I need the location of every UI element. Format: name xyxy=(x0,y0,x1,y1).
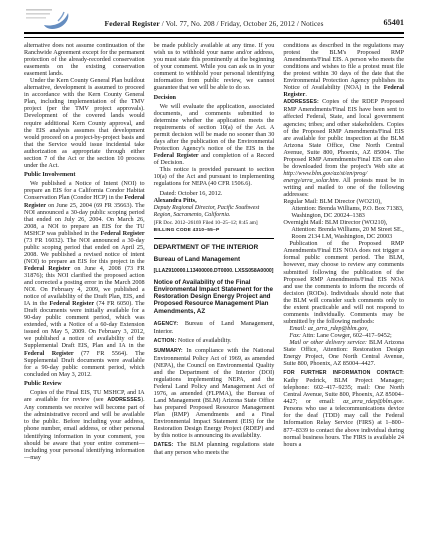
fax-label: Fax: xyxy=(289,332,301,339)
page-number: 65401 xyxy=(384,18,404,27)
column-2: be made publicly available at any time. … xyxy=(154,42,275,550)
addresses-label: ADDRESSES: xyxy=(283,99,319,105)
journal-title: Federal Register xyxy=(105,19,160,28)
text-run: . xyxy=(305,91,307,98)
dated-line: Dated: October 16, 2012. xyxy=(154,190,275,197)
contact-email: az_arra_rdep@blm.gov xyxy=(343,398,402,405)
email-label: Email: xyxy=(289,325,306,332)
addresses-paragraph: ADDRESSES: Copies of the RDEP Proposed R… xyxy=(283,98,404,198)
issue-meta: / Vol. 77, No. 208 / Friday, October 26,… xyxy=(160,20,324,28)
continued-paragraph: be made publicly available at any time. … xyxy=(154,42,275,91)
mail-method-line: Mail or other delivery service: BLM Ariz… xyxy=(283,339,404,367)
page-header: Federal Register / Vol. 77, No. 208 / Fr… xyxy=(24,19,404,31)
fr-doc-line: [FR Doc. 2012–26169 Filed 10–25–12; 8:45… xyxy=(154,220,275,227)
continued-paragraph: conditions as described in the regulatio… xyxy=(283,42,404,98)
text-run: We will evaluate the application, associ… xyxy=(154,103,275,152)
paragraph: We will evaluate the application, associ… xyxy=(154,103,275,166)
federal-register-ref: Federal Register xyxy=(24,265,70,272)
paragraph: Copies of the Final EIS, TU MSHCP, and I… xyxy=(24,389,145,460)
billing-code: BILLING CODE 4310–55–P xyxy=(154,227,275,234)
federal-register-ref: Federal Register xyxy=(154,152,199,159)
overnight-mail-address: Overnight Mail: BLM Director (WO210), At… xyxy=(283,219,404,240)
summary-label: SUMMARY: xyxy=(154,348,183,354)
fax-value: Attn: Lane Cowger, 602–417–9452; xyxy=(301,332,392,339)
column-1: alternative does not assume continuation… xyxy=(24,42,145,550)
decision-heading: Decision xyxy=(154,94,275,101)
dates-label: DATES: xyxy=(154,442,174,448)
summary-value: In compliance with the National Environm… xyxy=(154,347,275,440)
section-divider xyxy=(154,238,275,239)
summary-paragraph: SUMMARY: In compliance with the National… xyxy=(154,347,275,440)
email-method-line: Email: az_arra_rdep@blm.gov, xyxy=(283,325,404,332)
federal-register-ref: Federal Register xyxy=(100,230,144,237)
docket-number: [LLAZ910000.L13400000.DT0000. LXSS058A00… xyxy=(154,268,275,274)
bureau-heading: Bureau of Land Management xyxy=(154,256,275,263)
further-info-label: FOR FURTHER INFORMATION CONTACT: xyxy=(283,370,404,376)
action-label: ACTION: xyxy=(154,338,177,344)
column-3: conditions as described in the regulatio… xyxy=(283,42,404,550)
paragraph: We published a Notice of Intent (NOI) to… xyxy=(24,180,145,377)
regular-mail-address: Regular Mail: BLM Director (WO210), Atte… xyxy=(283,198,404,219)
paragraph: Publication of the Proposed RMP Amendmen… xyxy=(283,240,404,325)
federal-register-ref: Federal Register xyxy=(24,350,74,357)
federal-register-page: Federal Register / Vol. 77, No. 208 / Fr… xyxy=(0,0,428,554)
action-line: ACTION: Notice of availability. xyxy=(154,337,275,345)
text-run: Copies of the RDEP Proposed RMP Amendmen… xyxy=(283,98,404,169)
content-columns: alternative does not assume continuation… xyxy=(24,42,404,550)
federal-register-ref: Federal Register xyxy=(50,300,95,307)
continued-paragraph: alternative does not assume continuation… xyxy=(24,42,145,77)
paragraph: Under the Kern County General Plan build… xyxy=(24,77,145,169)
dates-paragraph: DATES: The BLM planning regulations stat… xyxy=(154,441,275,456)
fax-method-line: Fax: Attn: Lane Cowger, 602–417–9452; xyxy=(283,332,404,339)
signer-name: Alexandra Pitts, xyxy=(154,197,275,204)
text-run: (74 FR 6050). The Draft documents were i… xyxy=(24,300,145,349)
mail-delivery-label: Mail or other delivery service: xyxy=(289,339,367,346)
header-rule xyxy=(24,32,404,38)
further-info-paragraph: FOR FURTHER INFORMATION CONTACT: Kathy P… xyxy=(283,369,404,448)
agency-line: AGENCY: Bureau of Land Management, Inter… xyxy=(154,320,275,335)
public-review-heading: Public Review xyxy=(24,380,145,387)
text-run: (73 FR 16032). The NOI announced a 30-da… xyxy=(24,237,145,265)
signer-title: Deputy Regional Director, Pacific Southw… xyxy=(154,205,275,219)
text-run: . Persons who use a telecommunications d… xyxy=(283,398,404,447)
addresses-crossref: ADDRESSES xyxy=(107,397,141,403)
public-involvement-heading: Public Involvement xyxy=(24,171,145,178)
header-title-line: Federal Register / Vol. 77, No. 208 / Fr… xyxy=(24,19,404,28)
department-heading: DEPARTMENT OF THE INTERIOR xyxy=(154,244,275,251)
paragraph: This notice is provided pursuant to sect… xyxy=(154,166,275,187)
email-address: az_arra_rdep@blm.gov, xyxy=(306,325,368,332)
notice-title: Notice of Availability of the Final Envi… xyxy=(154,279,275,315)
action-value: Notice of availability. xyxy=(176,337,231,344)
agency-label: AGENCY: xyxy=(154,321,179,327)
text-run: ). Any comments we receive will become p… xyxy=(24,396,145,460)
